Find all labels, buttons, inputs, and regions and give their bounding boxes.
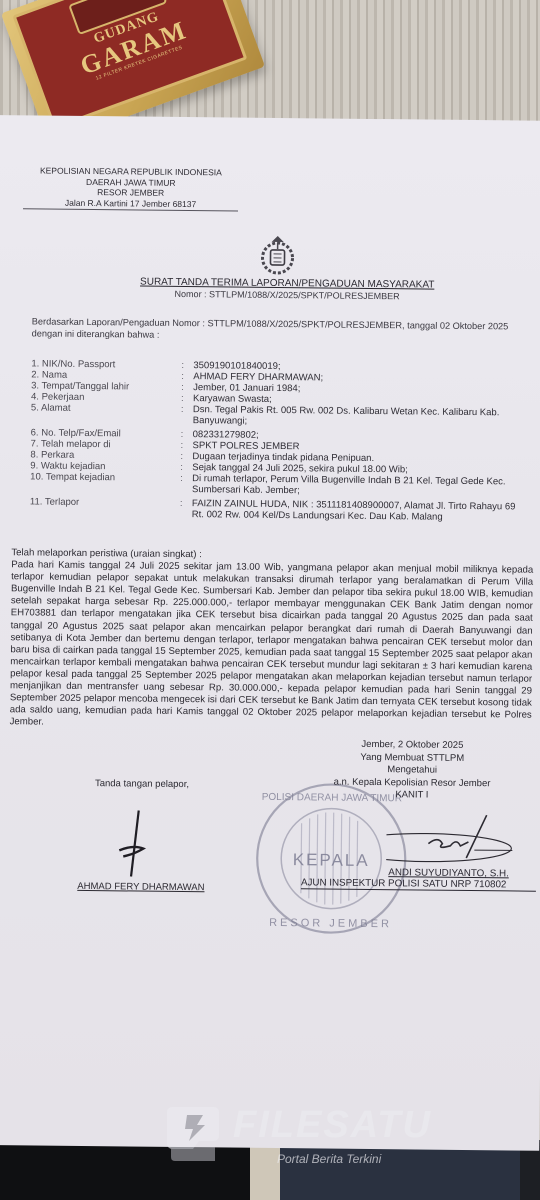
field-value: Di rumah terlapor, Perum Villa Bugenvill…: [192, 473, 530, 499]
officer-closing-block: Jember, 2 Oktober 2025 Yang Membuat STTL…: [287, 738, 538, 803]
filesatu-watermark: FILESATU Portal Berita Terkini: [165, 1100, 425, 1175]
field-separator: :: [181, 382, 193, 393]
field-value: FAIZIN ZAINUL HUDA, NIK : 35111814089000…: [192, 498, 530, 524]
police-emblem-icon: [254, 233, 300, 277]
intro-paragraph: Berdasarkan Laporan/Pengaduan Nomor : ST…: [32, 315, 522, 344]
field-separator: :: [180, 462, 192, 473]
reporter-signature-block: Tanda tangan pelapor, AHMAD FERY DHARMAW…: [57, 778, 227, 791]
field-label: 5. Alamat: [31, 402, 181, 426]
field-label: 11. Terlapor: [30, 496, 180, 520]
document-title-block: SURAT TANDA TERIMA LAPORAN/PENGADUAN MAS…: [112, 276, 462, 302]
reporter-signature-mark: [111, 808, 162, 879]
field-row: 11. Terlapor:FAIZIN ZAINUL HUDA, NIK : 3…: [30, 496, 530, 523]
field-separator: :: [181, 404, 193, 426]
institution-header: KEPOLISIAN NEGARA REPUBLIK INDONESIA DAE…: [23, 165, 238, 211]
field-separator: :: [181, 429, 193, 440]
institution-address: Jalan R.A Kartini 17 Jember 68137: [23, 197, 238, 212]
incident-narrative: Telah melaporkan peristiwa (uraian singk…: [10, 547, 534, 734]
field-separator: :: [180, 440, 192, 451]
field-separator: :: [181, 371, 193, 382]
field-separator: :: [180, 473, 192, 495]
reporter-signature-label: Tanda tangan pelapor,: [57, 778, 227, 791]
field-label: 10. Tempat kejadian: [30, 471, 180, 495]
watermark-tagline: Portal Berita Terkini: [277, 1152, 381, 1166]
reporter-details: 1. NIK/No. Passport:3509190101840019; 2.…: [30, 358, 532, 523]
field-separator: :: [180, 451, 192, 462]
report-document: KEPOLISIAN NEGARA REPUBLIK INDONESIA DAE…: [0, 115, 540, 1151]
officer-signature-mark: [386, 809, 517, 870]
field-value: Dsn. Tegal Pakis Rt. 005 Rw. 002 Ds. Kal…: [193, 404, 531, 430]
field-separator: :: [181, 393, 193, 404]
field-row: 5. Alamat:Dsn. Tegal Pakis Rt. 005 Rw. 0…: [31, 402, 531, 429]
officer-identity: ANDI SUYUDIYANTO, S.H. AJUN INSPEKTUR PO…: [301, 866, 536, 891]
field-separator: :: [181, 360, 193, 371]
officer-rank: AJUN INSPEKTUR POLISI SATU NRP 710802: [301, 877, 536, 891]
unit-label: KANIT I: [287, 788, 537, 803]
narrative-body: Pada hari Kamis tanggal 24 Juli 2025 sek…: [10, 559, 534, 728]
institution-line1: KEPOLISIAN NEGARA REPUBLIK INDONESIA: [23, 165, 238, 178]
filesatu-logo-icon: [165, 1103, 223, 1165]
field-separator: :: [180, 498, 192, 520]
watermark-brand: FILESATU: [233, 1104, 432, 1147]
reporter-name: AHMAD FERY DHARMAWAN: [56, 881, 226, 894]
field-row: 10. Tempat kejadian:Di rumah terlapor, P…: [30, 471, 530, 498]
stamp-bottom-text: RESOR JEMBER: [269, 917, 392, 930]
